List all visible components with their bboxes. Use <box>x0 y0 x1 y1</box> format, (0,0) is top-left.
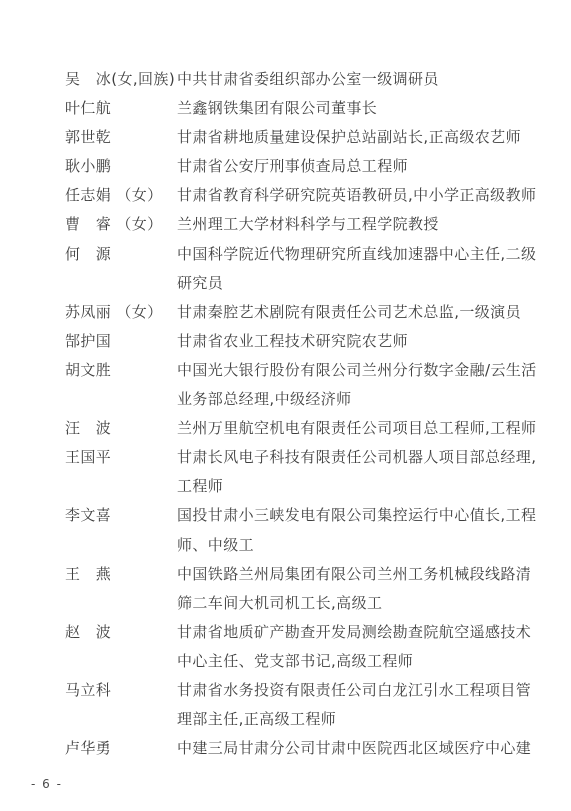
entry-name: 耿小鹏 <box>65 152 177 181</box>
list-item: 叶仁航 兰鑫钢铁集团有限公司董事长 <box>65 94 541 123</box>
entry-name: 王 燕 <box>65 560 177 589</box>
entry-name: 郜护国 <box>65 327 177 356</box>
list-item: 曹 睿 （女） 兰州理工大学材料科学与工程学院教授 <box>65 210 541 239</box>
entry-name: 郭世乾 <box>65 123 177 152</box>
entry-description: 甘肃省农业工程技术研究院农艺师 <box>177 327 541 356</box>
entry-name: 胡文胜 <box>65 356 177 385</box>
entry-name: 何 源 <box>65 240 177 269</box>
list-item: 汪 波 兰州万里航空机电有限责任公司项目总工程师,工程师 <box>65 414 541 443</box>
entry-description: 中国铁路兰州局集团有限公司兰州工务机械段线路清 筛二车间大机司机工长,高级工 <box>177 560 541 618</box>
entry-name: 李文喜 <box>65 501 177 530</box>
list-item: 胡文胜 中国光大银行股份有限公司兰州分行数字金融/云生活 业务部总经理,中级经济… <box>65 356 541 414</box>
entry-description: 兰鑫钢铁集团有限公司董事长 <box>177 94 541 123</box>
list-item: 任志娟 （女） 甘肃省教育科学研究院英语教研员,中小学正高级教师 <box>65 181 541 210</box>
entry-description: 国投甘肃小三峡发电有限公司集控运行中心值长,工程 师、中级工 <box>177 501 541 559</box>
entry-name: 马立科 <box>65 676 177 705</box>
list-item: 耿小鹏 甘肃省公安厅刑事侦查局总工程师 <box>65 152 541 181</box>
entry-name: 任志娟 （女） <box>65 181 177 210</box>
entry-name: 曹 睿 （女） <box>65 210 177 239</box>
list-item: 卢华勇 中建三局甘肃分公司甘肃中医院西北区域医疗中心建 <box>65 734 541 763</box>
entry-description: 中国光大银行股份有限公司兰州分行数字金融/云生活 业务部总经理,中级经济师 <box>177 356 541 414</box>
entry-description: 甘肃长风电子科技有限责任公司机器人项目部总经理, 工程师 <box>177 443 541 501</box>
list-item: 苏凤丽 （女） 甘肃秦腔艺术剧院有限责任公司艺术总监,一级演员 <box>65 298 541 327</box>
entry-description: 甘肃秦腔艺术剧院有限责任公司艺术总监,一级演员 <box>177 298 541 327</box>
document-page: 吴 冰(女,回族) 中共甘肃省委组织部办公室一级调研员 叶仁航 兰鑫钢铁集团有限… <box>0 0 571 811</box>
list-item: 马立科 甘肃省水务投资有限责任公司白龙江引水工程项目管 理部主任,正高级工程师 <box>65 676 541 734</box>
entry-description: 甘肃省教育科学研究院英语教研员,中小学正高级教师 <box>177 181 541 210</box>
entry-description: 中国科学院近代物理研究所直线加速器中心主任,二级 研究员 <box>177 240 541 298</box>
entry-description: 中共甘肃省委组织部办公室一级调研员 <box>177 65 541 94</box>
list-item: 王 燕 中国铁路兰州局集团有限公司兰州工务机械段线路清 筛二车间大机司机工长,高… <box>65 560 541 618</box>
entry-description: 甘肃省耕地质量建设保护总站副站长,正高级农艺师 <box>177 123 541 152</box>
list-item: 王国平 甘肃长风电子科技有限责任公司机器人项目部总经理, 工程师 <box>65 443 541 501</box>
list-item: 吴 冰(女,回族) 中共甘肃省委组织部办公室一级调研员 <box>65 65 541 94</box>
page-number: - 6 - <box>31 777 62 791</box>
entry-description: 兰州理工大学材料科学与工程学院教授 <box>177 210 541 239</box>
list-item: 李文喜 国投甘肃小三峡发电有限公司集控运行中心值长,工程 师、中级工 <box>65 501 541 559</box>
entry-name: 汪 波 <box>65 414 177 443</box>
entry-name: 吴 冰(女,回族) <box>65 65 177 94</box>
entry-description: 兰州万里航空机电有限责任公司项目总工程师,工程师 <box>177 414 541 443</box>
list-item: 郭世乾 甘肃省耕地质量建设保护总站副站长,正高级农艺师 <box>65 123 541 152</box>
entry-description: 甘肃省水务投资有限责任公司白龙江引水工程项目管 理部主任,正高级工程师 <box>177 676 541 734</box>
entry-name: 卢华勇 <box>65 734 177 763</box>
list-item: 郜护国 甘肃省农业工程技术研究院农艺师 <box>65 327 541 356</box>
entry-name: 苏凤丽 （女） <box>65 298 177 327</box>
entry-description: 甘肃省地质矿产勘查开发局测绘勘查院航空遥感技术 中心主任、党支部书记,高级工程师 <box>177 618 541 676</box>
list-item: 赵 波 甘肃省地质矿产勘查开发局测绘勘查院航空遥感技术 中心主任、党支部书记,高… <box>65 618 541 676</box>
entry-description: 中建三局甘肃分公司甘肃中医院西北区域医疗中心建 <box>177 734 541 763</box>
recipient-list: 吴 冰(女,回族) 中共甘肃省委组织部办公室一级调研员 叶仁航 兰鑫钢铁集团有限… <box>65 65 541 763</box>
entry-name: 叶仁航 <box>65 94 177 123</box>
entry-name: 王国平 <box>65 443 177 472</box>
entry-name: 赵 波 <box>65 618 177 647</box>
entry-description: 甘肃省公安厅刑事侦查局总工程师 <box>177 152 541 181</box>
list-item: 何 源 中国科学院近代物理研究所直线加速器中心主任,二级 研究员 <box>65 240 541 298</box>
